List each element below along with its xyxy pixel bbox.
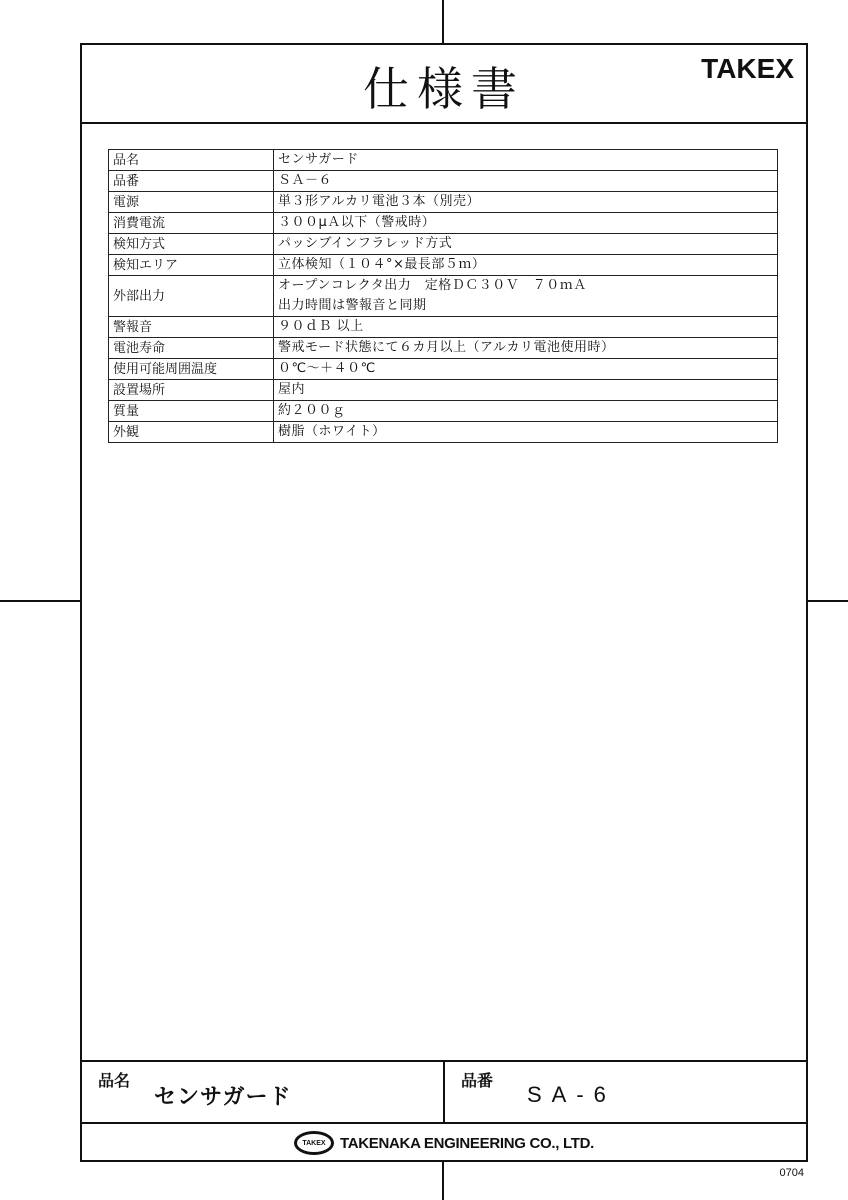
spec-value-line: 屋内 <box>278 380 773 400</box>
spec-row: 消費電流３００μＡ以下（警戒時） <box>109 213 778 234</box>
company-row: TAKEX TAKENAKA ENGINEERING CO., LTD. <box>82 1124 806 1162</box>
spec-value-line: 警戒モード状態にて６カ月以上（アルカリ電池使用時） <box>278 338 773 358</box>
spec-row: 電池寿命警戒モード状態にて６カ月以上（アルカリ電池使用時） <box>109 338 778 359</box>
spec-value: オープンコレクタ出力 定格ＤＣ３０Ｖ ７０ｍＡ出力時間は警報音と同期 <box>274 276 778 317</box>
spec-row: 検知エリア立体検知（１０４°×最長部５ｍ） <box>109 255 778 276</box>
spec-label: 品番 <box>109 171 274 192</box>
spec-label: 設置場所 <box>109 380 274 401</box>
spec-value: 屋内 <box>274 380 778 401</box>
spec-value-line: 出力時間は警報音と同期 <box>278 296 773 316</box>
spec-row: 品名センサガード <box>109 150 778 171</box>
spec-row: 品番ＳＡ－６ <box>109 171 778 192</box>
document-header: 仕様書 TAKEX <box>82 45 806 124</box>
spec-value: ０℃～＋４０℃ <box>274 359 778 380</box>
spec-value-line: 約２００ｇ <box>278 401 773 421</box>
title-block: 品名 センサガード 品番 SA-6 TAKEX TAKENAKA ENGINEE… <box>82 1060 806 1162</box>
crop-mark-top <box>442 0 444 43</box>
spec-row: 電源単３形アルカリ電池３本（別売） <box>109 192 778 213</box>
product-name-value: センサガード <box>154 1080 292 1111</box>
spec-value-line: 単３形アルカリ電池３本（別売） <box>278 192 773 212</box>
brand-logo: TAKEX <box>701 53 794 85</box>
spec-value: 単３形アルカリ電池３本（別売） <box>274 192 778 213</box>
product-name-label: 品名 <box>98 1068 130 1091</box>
crop-mark-left <box>0 600 80 602</box>
spec-row: 警報音９０ｄＢ 以上 <box>109 317 778 338</box>
spec-value-line: ＳＡ－６ <box>278 171 773 191</box>
spec-row: 検知方式パッシブインフラレッド方式 <box>109 234 778 255</box>
spec-row: 使用可能周囲温度０℃～＋４０℃ <box>109 359 778 380</box>
company-name: TAKENAKA ENGINEERING CO., LTD. <box>340 1135 594 1152</box>
spec-table: 品名センサガード品番ＳＡ－６電源単３形アルカリ電池３本（別売）消費電流３００μＡ… <box>108 149 778 443</box>
spec-label: 電源 <box>109 192 274 213</box>
spec-value: ３００μＡ以下（警戒時） <box>274 213 778 234</box>
spec-value: センサガード <box>274 150 778 171</box>
spec-label: 検知方式 <box>109 234 274 255</box>
product-code-label: 品番 <box>461 1068 493 1091</box>
spec-value: ９０ｄＢ 以上 <box>274 317 778 338</box>
spec-row: 外観樹脂（ホワイト） <box>109 422 778 443</box>
spec-value: 立体検知（１０４°×最長部５ｍ） <box>274 255 778 276</box>
crop-mark-right <box>806 600 848 602</box>
spec-value: 約２００ｇ <box>274 401 778 422</box>
spec-label: 外部出力 <box>109 276 274 317</box>
spec-value: ＳＡ－６ <box>274 171 778 192</box>
spec-label: 外観 <box>109 422 274 443</box>
spec-value: パッシブインフラレッド方式 <box>274 234 778 255</box>
spec-label: 警報音 <box>109 317 274 338</box>
spec-value-line: パッシブインフラレッド方式 <box>278 234 773 254</box>
spec-value-line: センサガード <box>278 150 773 170</box>
spec-label: 質量 <box>109 401 274 422</box>
crop-mark-bottom <box>442 1160 444 1200</box>
spec-label: 使用可能周囲温度 <box>109 359 274 380</box>
spec-value-line: オープンコレクタ出力 定格ＤＣ３０Ｖ ７０ｍＡ <box>278 276 773 296</box>
spec-value: 樹脂（ホワイト） <box>274 422 778 443</box>
logo-text: TAKEX <box>302 1140 325 1147</box>
document-title: 仕様書 <box>82 53 806 119</box>
spec-row: 質量約２００ｇ <box>109 401 778 422</box>
spec-value-line: ９０ｄＢ 以上 <box>278 317 773 337</box>
document-number: 0704 <box>780 1167 804 1179</box>
spec-label: 消費電流 <box>109 213 274 234</box>
spec-label: 電池寿命 <box>109 338 274 359</box>
spec-row: 設置場所屋内 <box>109 380 778 401</box>
spec-value-line: 樹脂（ホワイト） <box>278 422 773 442</box>
spec-row: 外部出力オープンコレクタ出力 定格ＤＣ３０Ｖ ７０ｍＡ出力時間は警報音と同期 <box>109 276 778 317</box>
product-name-cell: 品名 センサガード <box>82 1062 445 1124</box>
spec-value-line: ３００μＡ以下（警戒時） <box>278 213 773 233</box>
spec-value: 警戒モード状態にて６カ月以上（アルカリ電池使用時） <box>274 338 778 359</box>
document-frame: 仕様書 TAKEX 品名センサガード品番ＳＡ－６電源単３形アルカリ電池３本（別売… <box>80 43 808 1162</box>
spec-label: 検知エリア <box>109 255 274 276</box>
spec-value-line: 立体検知（１０４°×最長部５ｍ） <box>278 255 773 275</box>
spec-label: 品名 <box>109 150 274 171</box>
product-code-cell: 品番 SA-6 <box>445 1062 806 1124</box>
takex-logo-icon: TAKEX <box>294 1131 334 1155</box>
product-code-value: SA-6 <box>527 1082 616 1108</box>
spec-value-line: ０℃～＋４０℃ <box>278 359 773 379</box>
